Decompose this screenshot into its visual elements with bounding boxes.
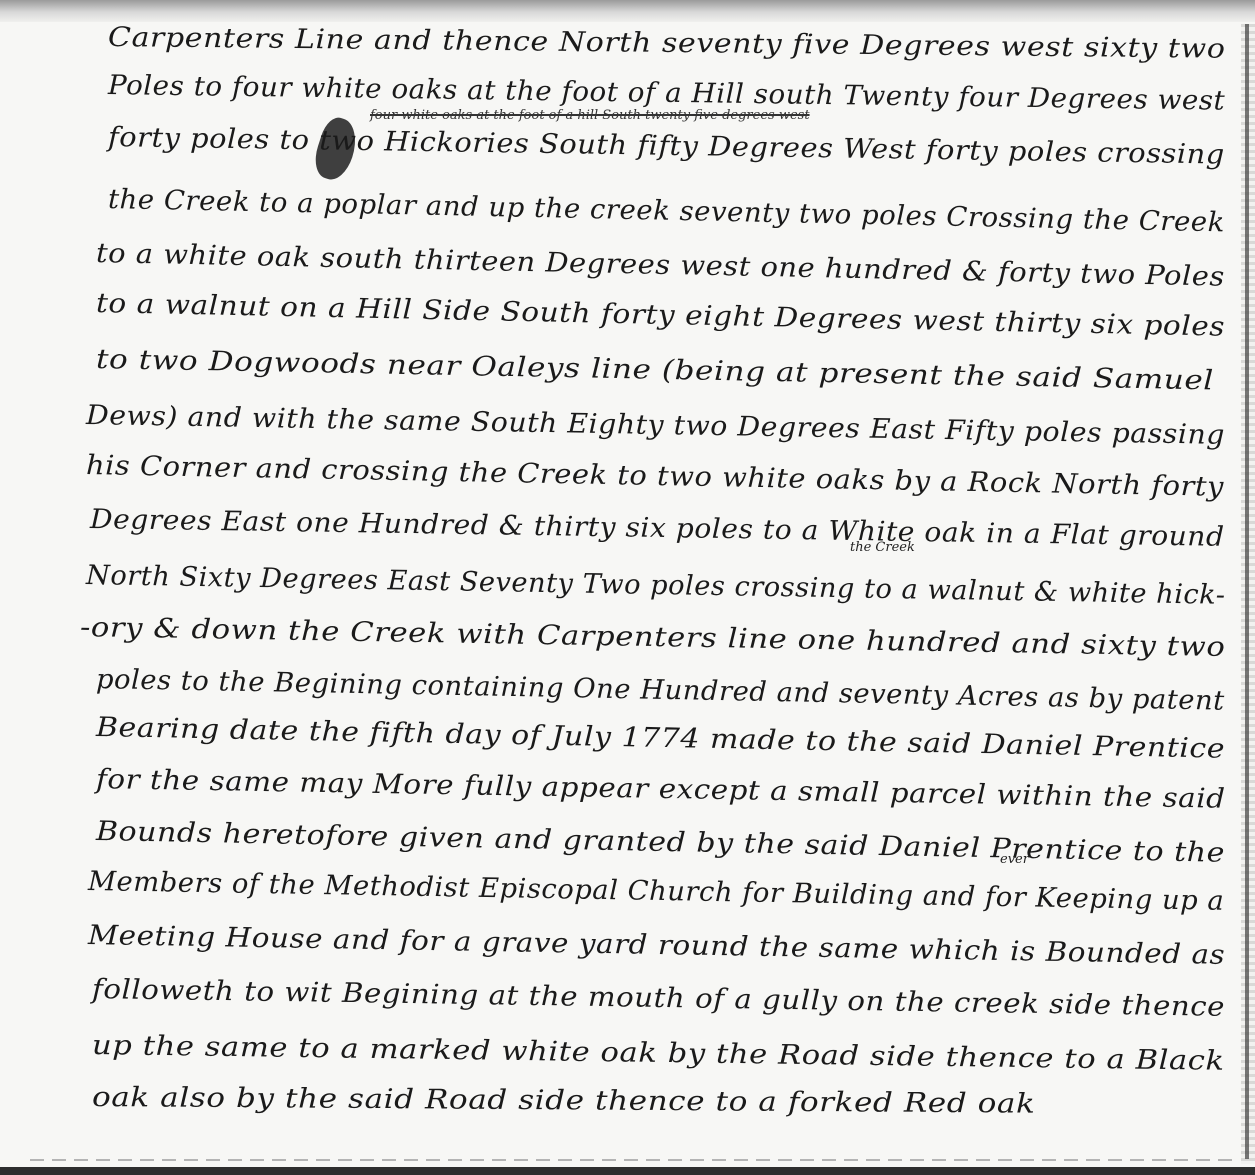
page-bottom-rule: [30, 1159, 1240, 1161]
deed-line-7: to two Dogwoods near Oaleys line (being …: [96, 344, 1214, 396]
deed-line-1: Carpenters Line and thence North seventy…: [108, 22, 1226, 65]
struck-interlinear-text: four white oaks at the foot of a hill So…: [370, 108, 810, 123]
deed-line-3: forty poles to two Hickories South fifty…: [108, 122, 1225, 171]
deed-line-5: to a white oak south thirteen Degrees we…: [96, 238, 1225, 293]
deed-line-18: Meeting House and for a grave yard round…: [88, 920, 1226, 971]
page-right-border: [1245, 24, 1249, 1159]
deed-line-21: oak also by the said Road side thence to…: [92, 1082, 1036, 1120]
deed-line-20: up the same to a marked white oak by the…: [92, 1030, 1225, 1077]
deed-line-4: the Creek to a poplar and up the creek s…: [108, 184, 1225, 238]
deed-line-13: poles to the Begining containing One Hun…: [96, 664, 1225, 717]
deed-line-16: Bounds heretofore given and granted by t…: [96, 816, 1226, 869]
deed-line-10: Degrees East one Hundred & thirty six po…: [90, 504, 1225, 553]
deed-line-11: North Sixty Degrees East Seventy Two pol…: [86, 560, 1226, 611]
document-page: Carpenters Line and thence North seventy…: [0, 0, 1255, 1175]
deed-line-12: -ory & down the Creek with Carpenters li…: [80, 612, 1226, 663]
deed-line-8: Dews) and with the same South Eighty two…: [86, 400, 1225, 451]
deed-line-17: Members of the Methodist Episcopal Churc…: [88, 866, 1225, 917]
deed-line-6: to a walnut on a Hill Side South forty e…: [96, 288, 1226, 343]
interlinear-insertion-the-creek: the Creek: [850, 540, 915, 555]
scan-top-shadow: [0, 0, 1255, 22]
deed-line-19: followeth to wit Begining at the mouth o…: [92, 974, 1225, 1023]
deed-line-15: for the same may More fully appear excep…: [96, 764, 1226, 815]
deed-line-14: Bearing date the fifth day of July 1774 …: [96, 712, 1226, 765]
deed-line-9: his Corner and crossing the Creek to two…: [86, 450, 1224, 503]
scan-bottom-edge: [0, 1167, 1255, 1175]
interlinear-insertion-ever: ever: [1000, 852, 1029, 867]
